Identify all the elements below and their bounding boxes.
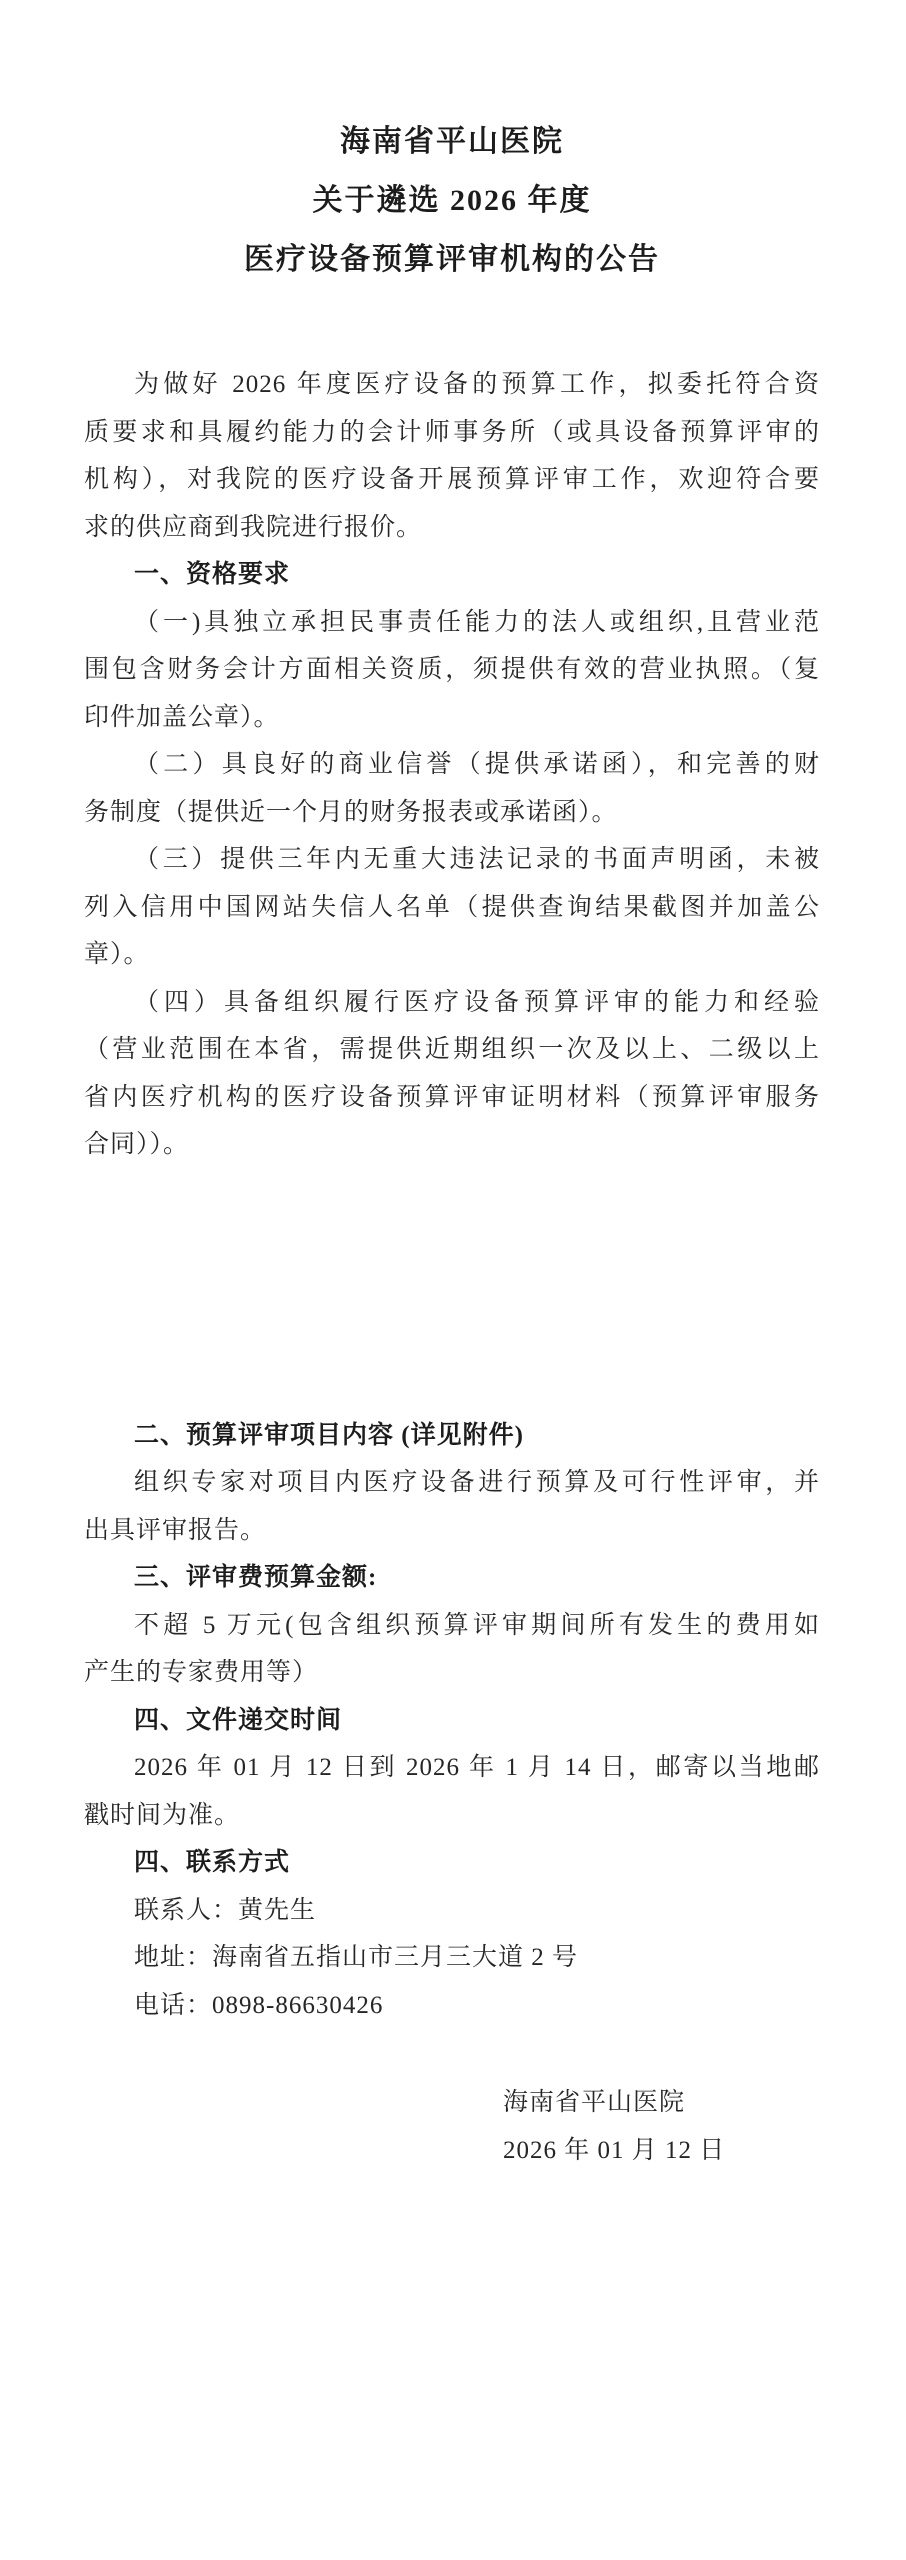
qualification-item-4-line: 省内医疗机构的医疗设备预算评审证明材料（预算评审服务 [84,1074,820,1122]
contact-address-line: 地址：海南省五指山市三月三大道 2 号 [84,1934,820,1982]
page-break-gap [84,1169,820,1412]
qualification-item-2-line: 务制度（提供近一个月的财务报表或承诺函）。 [84,789,820,837]
contact-phone-line: 电话：0898-86630426 [84,1982,820,2030]
contact-person-line: 联系人：黄先生 [84,1887,820,1935]
section-contact: 四、联系方式 联系人：黄先生 地址：海南省五指山市三月三大道 2 号 电话：08… [84,1839,820,2029]
document-page: 海南省平山医院 关于遴选 2026 年度 医疗设备预算评审机构的公告 为做好 2… [0,0,906,2560]
submission-time-line: 2026 年 01 月 12 日到 2026 年 1 月 14 日，邮寄以当地邮 [84,1744,820,1792]
qualification-item-1-line: 围包含财务会计方面相关资质，须提供有效的营业执照。（复 [84,646,820,694]
section-heading-qualifications: 一、资格要求 [84,551,820,599]
intro-line: 质要求和具履约能力的会计师事务所（或具设备预算评审的 [84,409,820,457]
signature-date: 2026 年 01 月 12 日 [503,2127,820,2175]
qualification-item-1-line: 印件加盖公章）。 [84,694,820,742]
signature-block: 海南省平山医院 2026 年 01 月 12 日 [503,2079,820,2174]
qualification-item-3-line: （三）提供三年内无重大违法记录的书面声明函，未被 [84,836,820,884]
review-content-line: 组织专家对项目内医疗设备进行预算及可行性评审，并 [84,1459,820,1507]
signature-org: 海南省平山医院 [503,2079,820,2127]
qualification-item-3-line: 章）。 [84,931,820,979]
section-heading-contact: 四、联系方式 [84,1839,820,1887]
section-budget-amount: 三、评审费预算金额: 不超 5 万元(包含组织预算评审期间所有发生的费用如 产生… [84,1554,820,1697]
qualification-item-4-line: 合同））。 [84,1121,820,1169]
document-title: 海南省平山医院 关于遴选 2026 年度 医疗设备预算评审机构的公告 [84,112,820,289]
intro-line: 求的供应商到我院进行报价。 [84,504,820,552]
qualification-item-4-line: （四）具备组织履行医疗设备预算评审的能力和经验 [84,979,820,1027]
submission-time-line: 戳时间为准。 [84,1792,820,1840]
section-heading-budget-amount: 三、评审费预算金额: [84,1554,820,1602]
document-title-line-1: 海南省平山医院 [84,112,820,171]
section-review-content: 二、预算评审项目内容 (详见附件) 组织专家对项目内医疗设备进行预算及可行性评审… [84,1412,820,1555]
intro-line: 机构），对我院的医疗设备开展预算评审工作，欢迎符合要 [84,456,820,504]
section-heading-submission-time: 四、文件递交时间 [84,1697,820,1745]
qualification-item-4-line: （营业范围在本省，需提供近期组织一次及以上、二级以上 [84,1026,820,1074]
section-submission-time: 四、文件递交时间 2026 年 01 月 12 日到 2026 年 1 月 14… [84,1697,820,1840]
budget-amount-line: 不超 5 万元(包含组织预算评审期间所有发生的费用如 [84,1602,820,1650]
intro-line: 为做好 2026 年度医疗设备的预算工作，拟委托符合资 [84,361,820,409]
review-content-line: 出具评审报告。 [84,1507,820,1555]
section-qualifications: 一、资格要求 （一)具独立承担民事责任能力的法人或组织,且营业范 围包含财务会计… [84,551,820,1169]
budget-amount-line: 产生的专家费用等） [84,1649,820,1697]
document-title-line-3: 医疗设备预算评审机构的公告 [84,230,820,289]
document-title-line-2: 关于遴选 2026 年度 [84,171,820,230]
qualification-item-3-line: 列入信用中国网站失信人名单（提供查询结果截图并加盖公 [84,884,820,932]
qualification-item-1-line: （一)具独立承担民事责任能力的法人或组织,且营业范 [84,599,820,647]
section-heading-review-content: 二、预算评审项目内容 (详见附件) [84,1412,820,1460]
qualification-item-2-line: （二）具良好的商业信誉（提供承诺函），和完善的财 [84,741,820,789]
signature-gap [84,2029,820,2079]
intro-paragraph: 为做好 2026 年度医疗设备的预算工作，拟委托符合资 质要求和具履约能力的会计… [84,361,820,551]
